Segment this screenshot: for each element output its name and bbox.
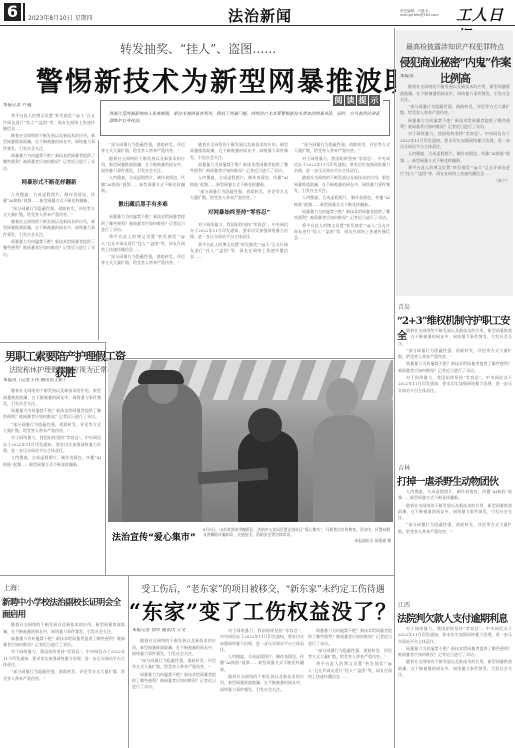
paragraph: 将平台此人的博文设置“转发抽奖”“@人”且允许网友进行“挂人”“盗图”等，网友在… xyxy=(400,165,510,178)
paragraph: “部分网暴行为隐蔽性强，借助转发、评论等方式大量扩散，给受害人带来严重伤害。” xyxy=(398,348,512,361)
news-photo xyxy=(108,360,393,522)
reading-tip-box: 阅 读 提 示 网暴让受网暴影响的人更难摆脱，新技术被网暴者利用，降低了网暴门槛… xyxy=(100,100,390,136)
issue-date: 2023年8月10日 星期四 xyxy=(28,13,93,22)
paragraph: “部分网暴行为隐蔽性强，借助转发、评论等方式大量扩散，给受害人带来严重伤害。” xyxy=(294,142,390,155)
paragraph: “部分网暴行为隐蔽性强，借助转发、评论等方式大量扩散，给受害人带来严重伤害。” xyxy=(3,206,95,219)
subhead: 网暴形式不断花样翻新 xyxy=(3,178,95,186)
paragraph: “部分网暴行为隐蔽性强，借助转发、评论等方式大量扩散，给受害人带来严重伤害。” xyxy=(400,104,510,117)
sidebar-kicker: 最高检披露涉知识产权犯罪特点 xyxy=(400,42,510,52)
paragraph: 对于网络暴力，我国始终坚持“零容忍”。中央网信办于2022年11月印发通知，要求… xyxy=(3,435,101,454)
volunteer-head xyxy=(326,378,358,416)
story2-body: 本报讯（记者王伟 通讯员王新） 随着社交网络的不断发展以及新技术的应用，新型网暴… xyxy=(3,378,101,573)
section-divider xyxy=(0,342,105,343)
section-title: 法治新闻 xyxy=(228,5,292,26)
brief-kicker: 吉林 xyxy=(398,463,410,472)
story3-kicker: 受工伤后，“老东家”的项目被移交，“新东家”未约定工伤待遇 xyxy=(128,582,398,595)
sidebar-divider xyxy=(394,28,395,748)
story3-column-3: 网暴暴力为何屡禁不绝？新技术给网暴者提供了哪些便利？被网暴者应如何维权？记者近日… xyxy=(308,628,392,746)
paragraph: 随着社交网络的不断发展以及新技术的应用，新型网暴推波助澜，在不断被暴的网友中，网… xyxy=(398,659,512,678)
police-cap xyxy=(138,370,184,384)
masthead: 6 2023年8月10日 星期四 法治新闻 责任编辑：卢越 E-mail:grr… xyxy=(0,0,515,26)
paragraph: 随着社交网络的不断发展以及新技术的应用，新型网暴推波助澜，在不断被暴的网友中，网… xyxy=(398,503,512,522)
lead-column-3: 随着社交网络的不断发展以及新技术的应用，新型网暴推波助澜，在不断被暴的网友中，网… xyxy=(190,142,288,358)
paragraph: 将平台此人的博文设置“转发抽奖”“@人”且允许网友进行“挂人”“盗图”等，网友在… xyxy=(294,223,390,242)
paragraph: 网暴暴力为何屡禁不绝？新技术给网暴者提供了哪些便利？被网暴者应如何维权？记者近日… xyxy=(132,672,216,691)
paragraph: 网暴暴力为何屡禁不绝？新技术给网暴者提供了哪些便利？被网暴者应如何维权？记者近日… xyxy=(398,646,512,659)
reading-tip-text: 网暴让受网暴影响的人更难摆脱，新技术被网暴者利用，降低了网暴门槛，网络用户尤其要… xyxy=(109,111,381,125)
citizen-head xyxy=(248,408,282,442)
column-divider xyxy=(98,140,99,340)
paragraph: 随着社交网络的不断发展以及新技术的应用，新型网暴推波助澜，在不断被暴的网友中，网… xyxy=(3,388,101,407)
subhead: 对网暴始终坚持“零容忍” xyxy=(190,208,288,216)
reading-tip-char: 读 xyxy=(345,95,356,106)
paragraph: “部分网暴行为隐蔽性强，借助转发、评论等方式大量扩散，给受害人带来严重伤害。” xyxy=(190,189,288,202)
story3-headline: “东家”变了工伤权益没了？ xyxy=(128,596,398,626)
paragraph: 对于网络暴力，我国始终坚持“零容忍”。中央网信办于2022年11月印发通知，要求… xyxy=(398,626,512,645)
paragraph: 人肉搜索、合成虚假照片、制作表情包、传播“AI换脸”视频……新型网暴方式不断花样… xyxy=(220,654,304,673)
brief-body: 随着社交网络的不断发展以及新技术的应用，新型网暴推波助澜，在不断被暴的网友中，网… xyxy=(398,328,512,460)
reading-tip-char: 提 xyxy=(357,95,368,106)
paragraph: “部分网暴行为隐蔽性强，借助转发、评论等方式大量扩散，给受害人带来严重伤害。” xyxy=(101,142,185,155)
paragraph: 人肉搜索、合成虚假照片、制作表情包、传播“AI换脸”视频……新型网暴方式不断花样… xyxy=(3,455,101,468)
paragraph: 随着社交网络的不断发展以及新技术的应用，新型网暴推波助澜，在不断被暴的网友中，网… xyxy=(3,219,95,238)
paragraph: 将平台此人的博文设置“转发抽奖”“@人”且允许网友进行“挂人”“盗图”等，网友在… xyxy=(101,234,185,253)
paragraph: “部分网暴行为隐蔽性强，借助转发、评论等方式大量扩散，给受害人带来严重伤害。” xyxy=(3,422,101,435)
paragraph: 对于网络暴力，我国始终坚持“零容忍”。中央网信办于2022年11月印发通知，要求… xyxy=(190,222,288,241)
paragraph: 网暴暴力为何屡禁不绝？新技术给网暴者提供了哪些便利？被网暴者应如何维权？记者近日… xyxy=(3,239,95,258)
story4-byline: 新闻导读 xyxy=(3,612,125,618)
paragraph: 网暴暴力为何屡禁不绝？新技术给网暴者提供了哪些便利？被网暴者应如何维权？记者近日… xyxy=(101,214,185,233)
lead-column-4: “部分网暴行为隐蔽性强，借助转发、评论等方式大量扩散，给受害人带来严重伤害。” … xyxy=(294,142,390,358)
photo-caption-text: 8月5日，山东省济南市槐荫区，济南市公安局民警走进社区“爱心集市”，开展普法宣传… xyxy=(203,527,390,537)
lead-column-2: “部分网暴行为隐蔽性强，借助转发、评论等方式大量扩散，给受害人带来严重伤害。” … xyxy=(101,142,185,342)
section-divider xyxy=(0,575,394,576)
brief-headline: 打掉一虐杀野生动物团伙 xyxy=(397,473,513,488)
story3-column-2: 对于网络暴力，我国始终坚持“零容忍”。中央网信办于2022年11月印发通知，要求… xyxy=(220,628,304,746)
paragraph: 人肉搜索、合成虚假照片、制作表情包、传播“AI换脸”视频……新型网暴方式不断花样… xyxy=(400,151,510,164)
paragraph: “部分网暴行为隐蔽性强，借助转发、评论等方式大量扩散，给受害人带来严重伤害。” xyxy=(308,648,392,661)
paragraph: 网暴暴力为何屡禁不绝？新技术给网暴者提供了哪些便利？被网暴者应如何维权？记者近日… xyxy=(398,361,512,374)
paragraph: 随着社交网络的不断发展以及新技术的应用，新型网暴推波助澜，在不断被暴的网友中，网… xyxy=(190,142,288,161)
paragraph: 网暴暴力为何屡禁不绝？新技术给网暴者提供了哪些便利？被网暴者应如何维权？记者近日… xyxy=(3,153,95,172)
lead-kicker: 转发抽奖、“挂人”、盗图…… xyxy=(120,40,276,57)
story3-byline: 本报记者 徐亭 通讯员 王文 xyxy=(132,628,216,634)
paragraph: 随着社交网络的不断发展以及新技术的应用，新型网暴推波助澜，在不断被暴的网友中，网… xyxy=(3,133,95,152)
paragraph: 随着社交网络的不断发展以及新技术的应用，新型网暴推波助澜，在不断被暴的网友中，网… xyxy=(132,638,216,657)
reading-tip-char: 阅 xyxy=(333,95,344,106)
brief-body: 人肉搜索、合成虚假照片、制作表情包、传播“AI换脸”视频……新型网暴方式不断花样… xyxy=(398,489,512,595)
lead-headline: 警惕新技术为新型网暴推波助澜 xyxy=(36,60,442,99)
paragraph: “部分网暴行为隐蔽性强，借助转发、评论等方式大量扩散，给受害人带来严重伤害。” xyxy=(3,669,125,682)
brief-body: 对于网络暴力，我国始终坚持“零容忍”。中央网信办于2022年11月印发通知，要求… xyxy=(398,626,512,746)
paragraph: 随着社交网络的不断发展以及新技术的应用，新型网暴推波助澜，在不断被暴的网友中，网… xyxy=(398,328,512,347)
volunteer-figure xyxy=(313,415,375,522)
paragraph: 随着社交网络的不断发展以及新技术的应用，新型网暴推波助澜，在不断被暴的网友中，网… xyxy=(3,622,125,635)
paragraph: 随着社交网络的不断发展以及新技术的应用，新型网暴推波助澜，在不断被暴的网友中，网… xyxy=(294,175,390,194)
paragraph: 网暴暴力为何屡禁不绝？新技术给网暴者提供了哪些便利？被网暴者应如何维权？记者近日… xyxy=(3,636,125,649)
subhead: 揪出藏后黑手有多难 xyxy=(101,200,185,208)
sidebar-signature: （朱宁） xyxy=(400,178,510,184)
paragraph: “部分网暴行为隐蔽性强，借助转发、评论等方式大量扩散，给受害人带来严重伤害。” xyxy=(132,658,216,671)
paragraph: “部分网暴行为隐蔽性强，借助转发、评论等方式大量扩散，给受害人带来严重伤害。” xyxy=(398,522,512,535)
paragraph: 随着社交网络的不断发展以及新技术的应用，新型网暴推波助澜，在不断被暴的网友中，网… xyxy=(400,84,510,103)
paragraph: 人肉搜索、合成虚假照片、制作表情包、传播“AI换脸”视频……新型网暴方式不断花样… xyxy=(294,195,390,208)
paragraph: 对于网络暴力，我国始终坚持“零容忍”。中央网信办于2022年11月印发通知，要求… xyxy=(220,628,304,653)
paragraph: 网暴暴力为何屡禁不绝？新技术给网暴者提供了哪些便利？被网暴者应如何维权？记者近日… xyxy=(3,408,101,421)
brief-kicker: 江西 xyxy=(398,600,410,609)
page-number: 6 xyxy=(4,3,21,21)
story4-kicker: 上海： xyxy=(3,583,24,593)
photo-caption: 8月5日，山东省济南市槐荫区，济南市公安局民警走进社区“爱心集市”，开展普法宣传… xyxy=(203,527,391,543)
story4-body: 新闻导读 随着社交网络的不断发展以及新技术的应用，新型网暴推波助澜，在不断被暴的… xyxy=(3,612,125,746)
paragraph: 将平台此人的博文设置“转发抽奖”“@人”且允许网友进行“挂人”“盗图”等，网友在… xyxy=(190,242,288,261)
photo-credit: 本报通讯员 郝嘉妮 摄 xyxy=(203,538,391,543)
paragraph: 人肉搜索、合成虚假照片、制作表情包、传播“AI换脸”视频……新型网暴方式不断花样… xyxy=(190,175,288,188)
paragraph: “部分网暴行为隐蔽性强，借助转发、评论等方式大量扩散，给受害人带来严重伤害。” xyxy=(101,254,185,267)
story2-byline: 本报讯（记者王伟 通讯员王新） xyxy=(3,378,101,384)
sidebar-byline: 本报讯 xyxy=(400,74,510,80)
paragraph: 人肉搜索、合成虚假照片、制作表情包、传播“AI换脸”视频……新型网暴方式不断花样… xyxy=(101,175,185,194)
lead-column-1: 本报记者 卢越 将平台此人的博文设置“转发抽奖”“@人”且允许网友进行“挂人”“… xyxy=(3,103,95,341)
brief-headline: 法院判欠款人支付逾期利息 xyxy=(397,610,513,625)
lead-byline: 本报记者 卢越 xyxy=(3,103,95,109)
paragraph: 随着社交网络的不断发展以及新技术的应用，新型网暴推波助澜，在不断被暴的网友中，网… xyxy=(220,674,304,693)
paragraph: 人肉搜索、合成虚假照片、制作表情包、传播“AI换脸”视频……新型网暴方式不断花样… xyxy=(3,192,95,205)
paragraph: 随着社交网络的不断发展以及新技术的应用，新型网暴推波助澜，在不断被暴的网友中，网… xyxy=(101,156,185,175)
story3-column-1: 本报记者 徐亭 通讯员 王文 随着社交网络的不断发展以及新技术的应用，新型网暴推… xyxy=(132,628,216,746)
paragraph: 网暴暴力为何屡禁不绝？新技术给网暴者提供了哪些便利？被网暴者应如何维权？记者近日… xyxy=(190,162,288,175)
paragraph: 网暴暴力为何屡禁不绝？新技术给网暴者提供了哪些便利？被网暴者应如何维权？记者近日… xyxy=(294,209,390,222)
editor-info: 责任编辑：卢越 E-mail:grrblfz@163.com xyxy=(400,9,450,17)
paragraph: 对于网络暴力，我国始终坚持“零容忍”。中央网信办于2022年11月印发通知，要求… xyxy=(3,649,125,668)
photo-caption-title: 法治宣传“爱心集市” xyxy=(112,530,196,543)
reading-tip-char: 示 xyxy=(369,95,380,106)
page-number-divider xyxy=(23,3,25,21)
paragraph: 将平台此人的博文设置“转发抽奖”“@人”且允许网友进行“挂人”“盗图”等，网友在… xyxy=(308,661,392,680)
paragraph: 对于网络暴力，我国始终坚持“零容忍”。中央网信办于2022年11月印发通知，要求… xyxy=(398,375,512,394)
section-divider xyxy=(105,358,394,359)
reading-tip-label: 阅 读 提 示 xyxy=(330,95,383,106)
brief-kicker: 青岛 xyxy=(398,302,410,311)
paragraph: 对于网络暴力，我国始终坚持“零容忍”。中央网信办于2022年11月印发通知，要求… xyxy=(400,131,510,150)
paragraph: 人肉搜索、合成虚假照片、制作表情包、传播“AI换脸”视频……新型网暴方式不断花样… xyxy=(398,489,512,502)
sidebar-body: 本报讯 随着社交网络的不断发展以及新技术的应用，新型网暴推波助澜，在不断被暴的网… xyxy=(400,74,510,292)
paragraph: 将平台此人的博文设置“转发抽奖”“@人”且允许网友进行“挂人”“盗图”等，网友在… xyxy=(3,113,95,132)
paragraph: 对于网络暴力，我国始终坚持“零容忍”。中央网信办于2022年11月印发通知，要求… xyxy=(294,156,390,175)
paragraph: 网暴暴力为何屡禁不绝？新技术给网暴者提供了哪些便利？被网暴者应如何维权？记者近日… xyxy=(400,118,510,131)
paragraph: 网暴暴力为何屡禁不绝？新技术给网暴者提供了哪些便利？被网暴者应如何维权？记者近日… xyxy=(308,628,392,647)
